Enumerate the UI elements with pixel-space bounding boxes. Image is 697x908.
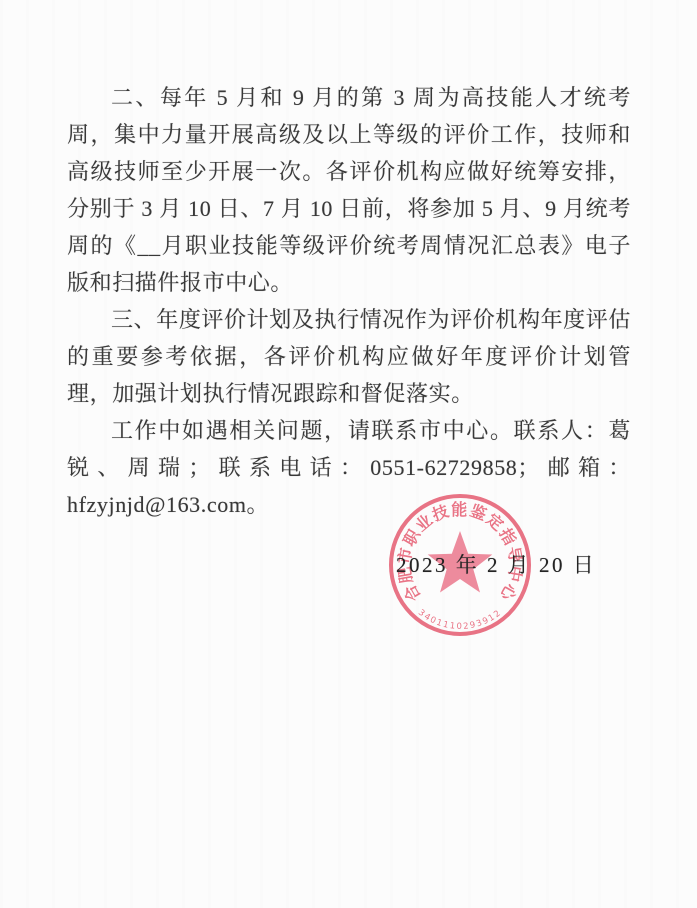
paragraph-2: 二、每年 5 月和 9 月的第 3 周为高技能人才统考周，集中力量开展高级及以上… (67, 79, 631, 301)
document-date: 2023 年 2 月 20 日 (396, 549, 596, 579)
document-page: 二、每年 5 月和 9 月的第 3 周为高技能人才统考周，集中力量开展高级及以上… (0, 0, 697, 908)
document-body: 二、每年 5 月和 9 月的第 3 周为高技能人才统考周，集中力量开展高级及以上… (67, 79, 631, 523)
paragraph-3: 三、年度评价计划及执行情况作为评价机构年度评估的重要参考依据，各评价机构应做好年… (67, 301, 631, 412)
paragraph-contact: 工作中如遇相关问题，请联系市中心。联系人：葛锐、周瑞；联系电话：0551-627… (67, 412, 631, 523)
